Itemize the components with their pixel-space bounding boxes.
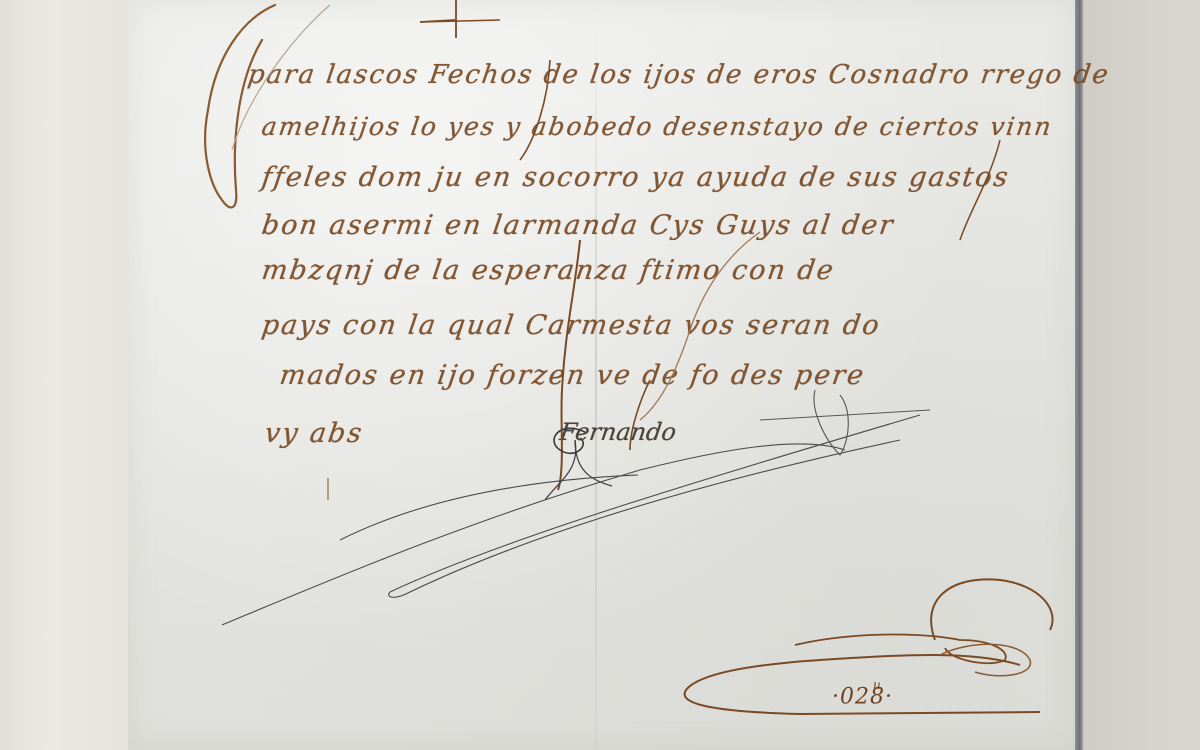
notation-number: ·028· — [832, 684, 893, 709]
manuscript-line-1: para lascos Fechos de los ijos de eros C… — [246, 60, 1112, 90]
manuscript-line-3: ffeles dom ju en socorro ya ayuda de sus… — [260, 162, 1012, 193]
manuscript-line-2: amelhijos lo yes y abobedo desenstayo de… — [260, 112, 1055, 141]
notation-superscript: u — [873, 678, 882, 692]
manuscript-line-8: vy abs — [263, 418, 366, 449]
blurred-background-left — [0, 0, 128, 750]
page-edge-shadow — [1075, 0, 1083, 750]
manuscript-line-4: bon asermi en larmanda Cys Guys al der — [260, 210, 897, 241]
signature-text: Fernando — [558, 418, 678, 446]
manuscript-line-5: mbzqnj de la esperanza ftimo con de — [260, 255, 837, 286]
manuscript-line-7: mados en ijo forzen ve de fo des pere — [278, 360, 868, 391]
bottom-notation: ·028·u — [832, 684, 902, 709]
blurred-background-right — [1083, 0, 1200, 750]
manuscript-line-6: pays con la qual Carmesta vos seran do — [260, 310, 883, 341]
